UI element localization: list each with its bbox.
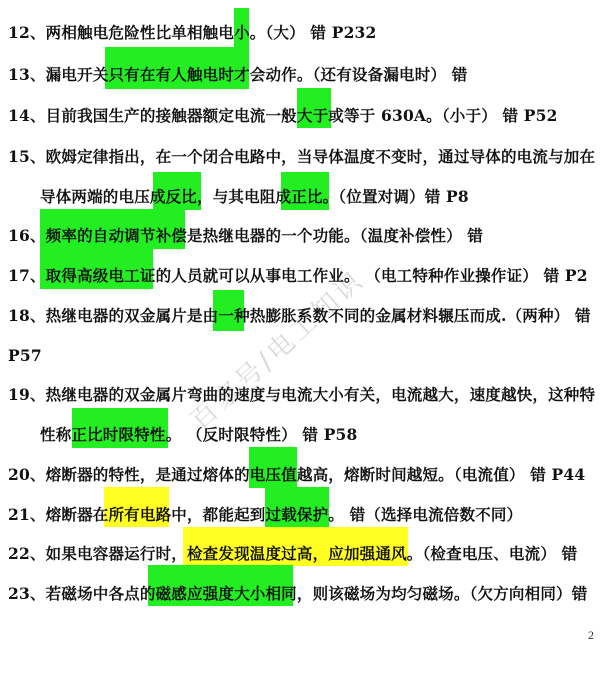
item-18: 18、热继电器的双金属片是由一种热膨胀系数不同的金属材料辗压而成.（两种） 错 — [8, 306, 591, 326]
item-13: 13、漏电开关只有在有人触电时才会动作。（还有设备漏电时） 错 — [8, 65, 467, 85]
item-19: 19、热继电器的双金属片弯曲的速度与电流大小有关，电流越大，速度越快，这种特 — [8, 385, 595, 405]
item-19-cont: 性称正比时限特性。 （反时限特性） 错 P58 — [40, 425, 358, 445]
item-21: 21、熔断器在所有电路中，都能起到过载保护。 错（选择电流倍数不同） — [8, 505, 522, 525]
item-17: 17、取得高级电工证的人员就可以从事电工作业。 （电工特种作业操作证） 错 P2 — [8, 266, 588, 286]
item-18-cont: P57 — [8, 346, 42, 366]
item-15: 15、欧姆定律指出，在一个闭合电路中，当导体温度不变时，通过导体的电流与加在 — [8, 147, 595, 167]
item-20: 20、熔断器的特性，是通过熔体的电压值越高，熔断时间越短。（电流值） 错 P44 — [8, 465, 585, 485]
item-16: 16、频率的自动调节补偿是热继电器的一个功能。（温度补偿性） 错 — [8, 226, 483, 246]
item-12: 12、两相触电危险性比单相触电小。（大） 错 P232 — [8, 23, 377, 43]
watermark: 百家号/电工知识 — [181, 260, 371, 437]
item-22: 22、如果电容器运行时，检查发现温度过高，应加强通风。（检查电压、电流） 错 — [8, 544, 577, 564]
page-number: 2 — [588, 628, 594, 643]
item-14: 14、目前我国生产的接触器额定电流一般大于或等于 630A。（小于） 错 P52 — [8, 106, 558, 126]
item-15-cont: 导体两端的电压成反比，与其电阻成正比。（位置对调）错 P8 — [40, 187, 469, 207]
item-23: 23、若磁场中各点的磁感应强度大小相同，则该磁场为均匀磁场。（欠方向相同）错 — [8, 584, 587, 604]
